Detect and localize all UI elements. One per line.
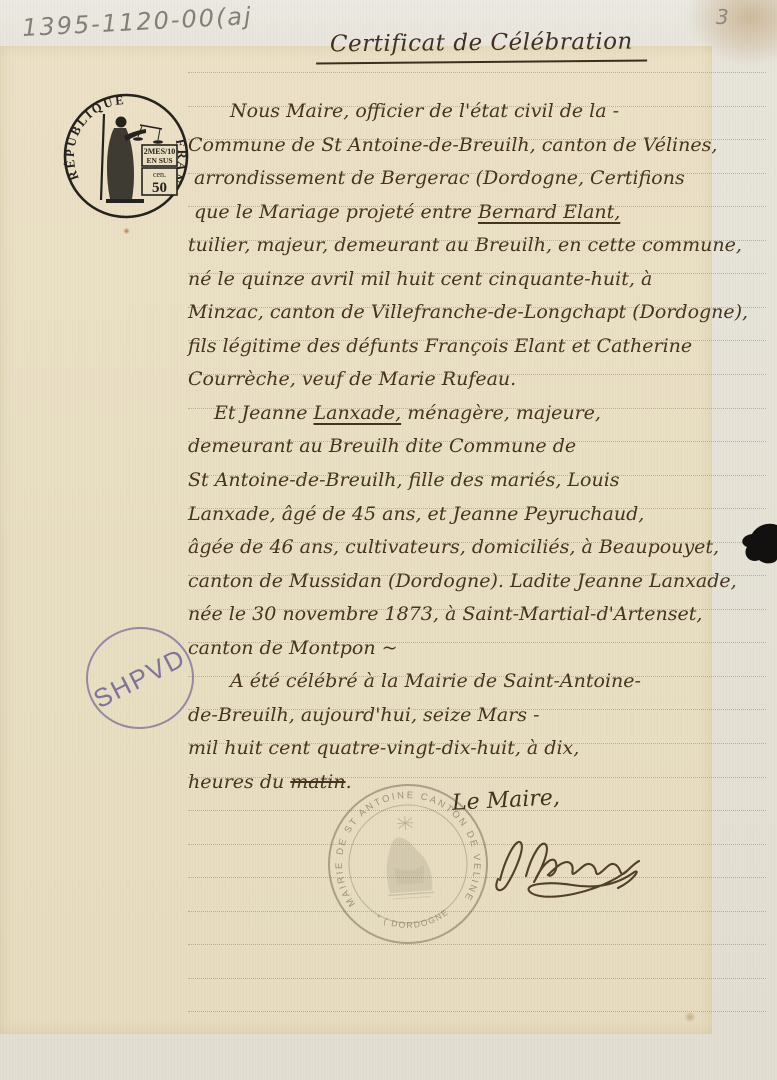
body-text-segment: Minzac, canton de Villefranche-de-Longch… [188,301,748,323]
body-text-segment: heures du [188,771,290,793]
body-text-segment: Commune de St Antoine-de-Breuilh, canton… [188,134,717,156]
body-line: canton de Mussidan (Dordogne). Ladite Je… [188,565,776,599]
body-text-segment: arrondissement de Bergerac (Dordogne, Ce… [194,167,685,189]
plaque-value-text: 50 [152,180,167,196]
body-text-segment: Courrèche, veuf de Marie Rufeau. [188,368,516,390]
body-text-segment: Nous Maire, officier de l'état civil de … [230,100,619,122]
body-line: que le Mariage projeté entre Bernard Ela… [188,196,776,230]
body-line: Minzac, canton de Villefranche-de-Longch… [188,296,776,330]
body-line: âgée de 46 ans, cultivateurs, domiciliés… [188,531,776,565]
corner-stain [688,0,777,64]
body-text-segment: âgée de 46 ans, cultivateurs, domiciliés… [188,536,719,558]
body-line: né le quinze avril mil huit cent cinquan… [188,263,776,297]
body-line: de-Breuilh, aujourd'hui, seize Mars - [188,699,776,733]
body-text-segment: St Antoine-de-Breuilh, fille des mariés,… [188,469,620,491]
body-text-segment: A été célébré à la Mairie de Saint-Antoi… [230,670,641,692]
plaque-top-text: 2MES/10 [144,147,176,156]
body-text-segment: ménagère, majeure, [401,402,601,424]
body-line: demeurant au Breuilh dite Commune de [188,430,776,464]
body-line: fils légitime des défunts François Elant… [188,330,776,364]
body-line: née le 30 novembre 1873, à Saint-Martial… [188,598,776,632]
revenue-stamp: RÉPUBLIQUE FRANÇAISE 2MES/10 EN SUS cen.… [56,86,196,226]
body-text-segment: Bernard Elant, [478,201,620,223]
body-line: Et Jeanne Lanxade, ménagère, majeure, [188,397,776,431]
marianne-figure-icon [383,814,435,899]
body-line: Courrèche, veuf de Marie Rufeau. [188,363,776,397]
body-line: Nous Maire, officier de l'état civil de … [188,95,776,129]
plaque-cen-text: cen. [153,170,166,179]
body-text-segment: de-Breuilh, aujourd'hui, seize Mars - [188,704,540,726]
body-line: A été célébré à la Mairie de Saint-Antoi… [188,665,776,699]
body-line: canton de Montpon ~ [188,632,776,666]
document-title: Certificat de Célébration [316,29,647,65]
ink-speck [123,228,130,234]
body-text-segment: canton de Mussidan (Dordogne). Ladite Je… [188,570,737,592]
body-text-segment: que le Mariage projeté entre [194,201,478,223]
body-text-segment: mil huit cent quatre-vingt-dix-huit, à d… [188,737,579,759]
body-text-segment: Lanxade, [314,402,402,424]
shpvd-stamp-label: SHPVD [89,642,192,715]
body-text-segment: née le 30 novembre 1873, à Saint-Martial… [188,603,702,625]
body-line: arrondissement de Bergerac (Dordogne, Ce… [188,162,776,196]
body-line: St Antoine-de-Breuilh, fille des mariés,… [188,464,776,498]
body-line: tuilier, majeur, demeurant au Breuilh, e… [188,229,776,263]
plaque-mid-text: EN SUS [146,156,172,165]
body-lines: Nous Maire, officier de l'état civil de … [188,95,776,799]
body-text-segment: né le quinze avril mil huit cent cinquan… [188,268,652,290]
body-text-segment: Lanxade, âgé de 45 ans, et Jeanne Peyruc… [188,503,644,525]
mayor-signature [470,822,655,910]
body-line: mil huit cent quatre-vingt-dix-huit, à d… [188,732,776,766]
body-line: Commune de St Antoine-de-Breuilh, canton… [188,129,776,163]
page-number: 3 [716,5,729,29]
ink-blot [738,521,777,573]
body-text-segment: fils légitime des défunts François Elant… [188,335,692,357]
paper-speck [684,1012,696,1022]
revenue-stamp-plaque: 2MES/10 EN SUS cen. 50 [142,145,177,196]
body-text-segment: demeurant au Breuilh dite Commune de [188,435,576,457]
body-text-segment: Et Jeanne [214,402,314,424]
body-line: Lanxade, âgé de 45 ans, et Jeanne Peyruc… [188,498,776,532]
body-text-segment: canton de Montpon ~ [188,637,398,659]
body-text-segment: tuilier, majeur, demeurant au Breuilh, e… [188,234,742,256]
